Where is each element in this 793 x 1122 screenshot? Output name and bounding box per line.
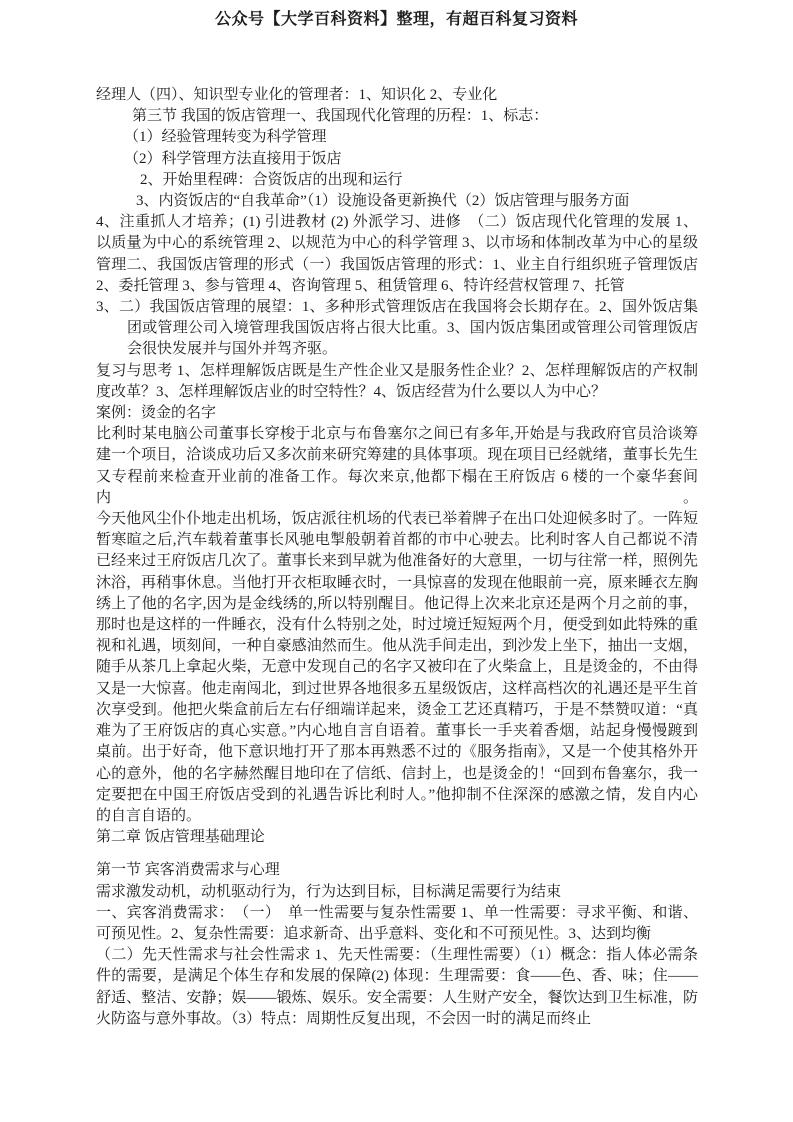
- document-line: （2）科学管理方法直接用于饭店: [96, 149, 698, 170]
- document-body: 经理人（四）、知识型专业化的管理者：1、知识化 2、专业化第三节 我国的饭店管理…: [96, 85, 698, 1030]
- document-line: 沐浴，再稍事休息。当他打开衣柜取睡衣时，一具惊喜的发现在他眼前一亮，原来睡衣左胸: [96, 573, 698, 594]
- document-line: 心的意外，他的名字赫然醒目地印在了信纸、信封上，也是烫金的！“回到布鲁塞尔，我一: [96, 764, 698, 785]
- document-line: 一、宾客消费需求： （一） 单一性需要与复杂性需要 1、单一性需要：寻求平衡、和…: [96, 903, 698, 924]
- document-line: 团或管理公司入境管理我国饭店将占很大比重。3、国内饭店集团或管理公司管理饭店: [96, 318, 698, 339]
- document-line: 第一节 宾客消费需求与心理: [96, 860, 698, 881]
- document-line: 暂寒暄之后,汽车载着董事长风驰电掣般朝着首都的市中心驶去。比利时客人自己都说不清: [96, 530, 698, 551]
- document-line: 件的需要，是满足个体生存和发展的保障(2) 体现：生理需要：食——色、香、味；住…: [96, 966, 698, 987]
- document-line: 会很快发展并与国外并驾齐驱。: [96, 339, 698, 360]
- document-line: 可预见性。2、复杂性需要：追求新奇、出乎意料、变化和不可预见性。3、达到均衡: [96, 924, 698, 945]
- document-line: 需求激发动机，动机驱动行为，行为达到目标，目标满足需要行为结束: [96, 882, 698, 903]
- document-line: 今天他风尘仆仆地走出机场，饭店派往机场的代表已举着牌子在出口处迎候多时了。一阵短: [96, 509, 698, 530]
- document-line: 随手从茶几上拿起火柴，无意中发现自己的名字又被印在了火柴盒上，且是烫金的，不由得: [96, 657, 698, 678]
- document-line: （二）先天性需求与社会性需求 1、先天性需要：（生理性需要）（1）概念：指人体必…: [96, 945, 698, 966]
- document-line: 2、委托管理 3、参与管理 4、咨询管理 5、租赁管理 6、特许经营权管理 7、…: [96, 276, 698, 297]
- document-line: 视和礼遇，顷刻间，一种自豪感油然而生。他从洗手间走出，到沙发上坐下，抽出一支烟，: [96, 636, 698, 657]
- document-line: 以质量为中心的系统管理 2、以规范为中心的科学管理 3、以市场和体制改革为中心的…: [96, 233, 698, 254]
- document-line: 第三节 我国的饭店管理一、我国现代化管理的历程：1、标志：: [96, 106, 698, 127]
- document-line: 舒适、整洁、安静；娱——锻炼、娱乐。安全需要：人生财产安全，餐饮达到卫生标准，防: [96, 988, 698, 1009]
- document-line: 次享受到。他把火柴盒前后左右仔细端详起来，烫金工艺还真精巧，于是不禁赞叹道：“真: [96, 700, 698, 721]
- document-line: 建一个项目，洽谈成功后又多次前来研究筹建的具体事项。现在项目已经就绪，董事长先生: [96, 445, 698, 466]
- document-line: 4、注重抓人才培养；(1) 引进教材 (2) 外派学习、进修 （二）饭店现代化管…: [96, 212, 698, 233]
- document-line: 案例：烫金的名字: [96, 403, 698, 424]
- document-line: 第二章 饭店管理基础理论: [96, 827, 698, 848]
- blank-line: [96, 848, 698, 860]
- document-line: 的自言自语的。: [96, 806, 698, 827]
- document-line: 度改革？3、怎样理解饭店业的时空特性？4、饭店经营为什么要以人为中心？: [96, 382, 698, 403]
- document-line: 又专程前来检查开业前的准备工作。每次来京,他都下榻在王府饭店 6 楼的一个豪华套…: [96, 467, 698, 509]
- document-line: 2、开始里程碑：合资饭店的出现和运行: [96, 170, 698, 191]
- document-line: 桌前。出于好奇，他下意识地打开了那本再熟悉不过的《服务指南》，又是一个使其格外开: [96, 742, 698, 763]
- document-line: 又是一大惊喜。他走南闯北，到过世界各地很多五星级饭店，这样高档次的礼遇还是平生首: [96, 679, 698, 700]
- document-line: 3、二）我国饭店管理的展望：1、多种形式管理饭店在我国将会长期存在。2、国外饭店…: [96, 297, 698, 318]
- document-line: （1）经验管理转变为科学管理: [96, 127, 698, 148]
- document-line: 已经来过王府饭店几次了。董事长来到早就为他准备好的大意里，一切与往常一样，照例先: [96, 551, 698, 572]
- document-line: 3、内资饭店的“自我革命”（1）设施设备更新换代（2）饭店管理与服务方面: [96, 191, 698, 212]
- document-line: 比利时某电脑公司董事长穿梭于北京与布鲁塞尔之间已有多年,开始是与我政府官员洽谈筹: [96, 424, 698, 445]
- document-line: 经理人（四）、知识型专业化的管理者：1、知识化 2、专业化: [96, 85, 698, 106]
- document-line: 那时也是这样的一件睡衣，没有什么特别之处，时过境迁短短两个月，便受到如此特殊的重: [96, 615, 698, 636]
- document-line: 火防盗与意外事故。（3）特点：周期性反复出现，不会因一时的满足而终止: [96, 1009, 698, 1030]
- document-page: 公众号【大学百科资料】整理，有超百科复习资料 经理人（四）、知识型专业化的管理者…: [0, 0, 793, 1122]
- document-line: 绣上了他的名字,因为是金线绣的,所以特别醒目。他记得上次来北京还是两个月之前的事…: [96, 594, 698, 615]
- page-header-text: 公众号【大学百科资料】整理，有超百科复习资料: [0, 6, 793, 29]
- document-line: 难为了王府饭店的真心实意。”内心地自言自语着。董事长一手夹着香烟，站起身慢慢踱到: [96, 721, 698, 742]
- document-line: 定要把在中国王府饭店受到的礼遇告诉比利时人。”他抑制不住深深的感激之情，发自内心: [96, 785, 698, 806]
- document-line: 复习与思考 1、怎样理解饭店既是生产性企业又是服务性企业？2、怎样理解饭店的产权…: [96, 361, 698, 382]
- document-line: 管理二、我国饭店管理的形式（一）我国饭店管理的形式：1、业主自行组织班子管理饭店: [96, 255, 698, 276]
